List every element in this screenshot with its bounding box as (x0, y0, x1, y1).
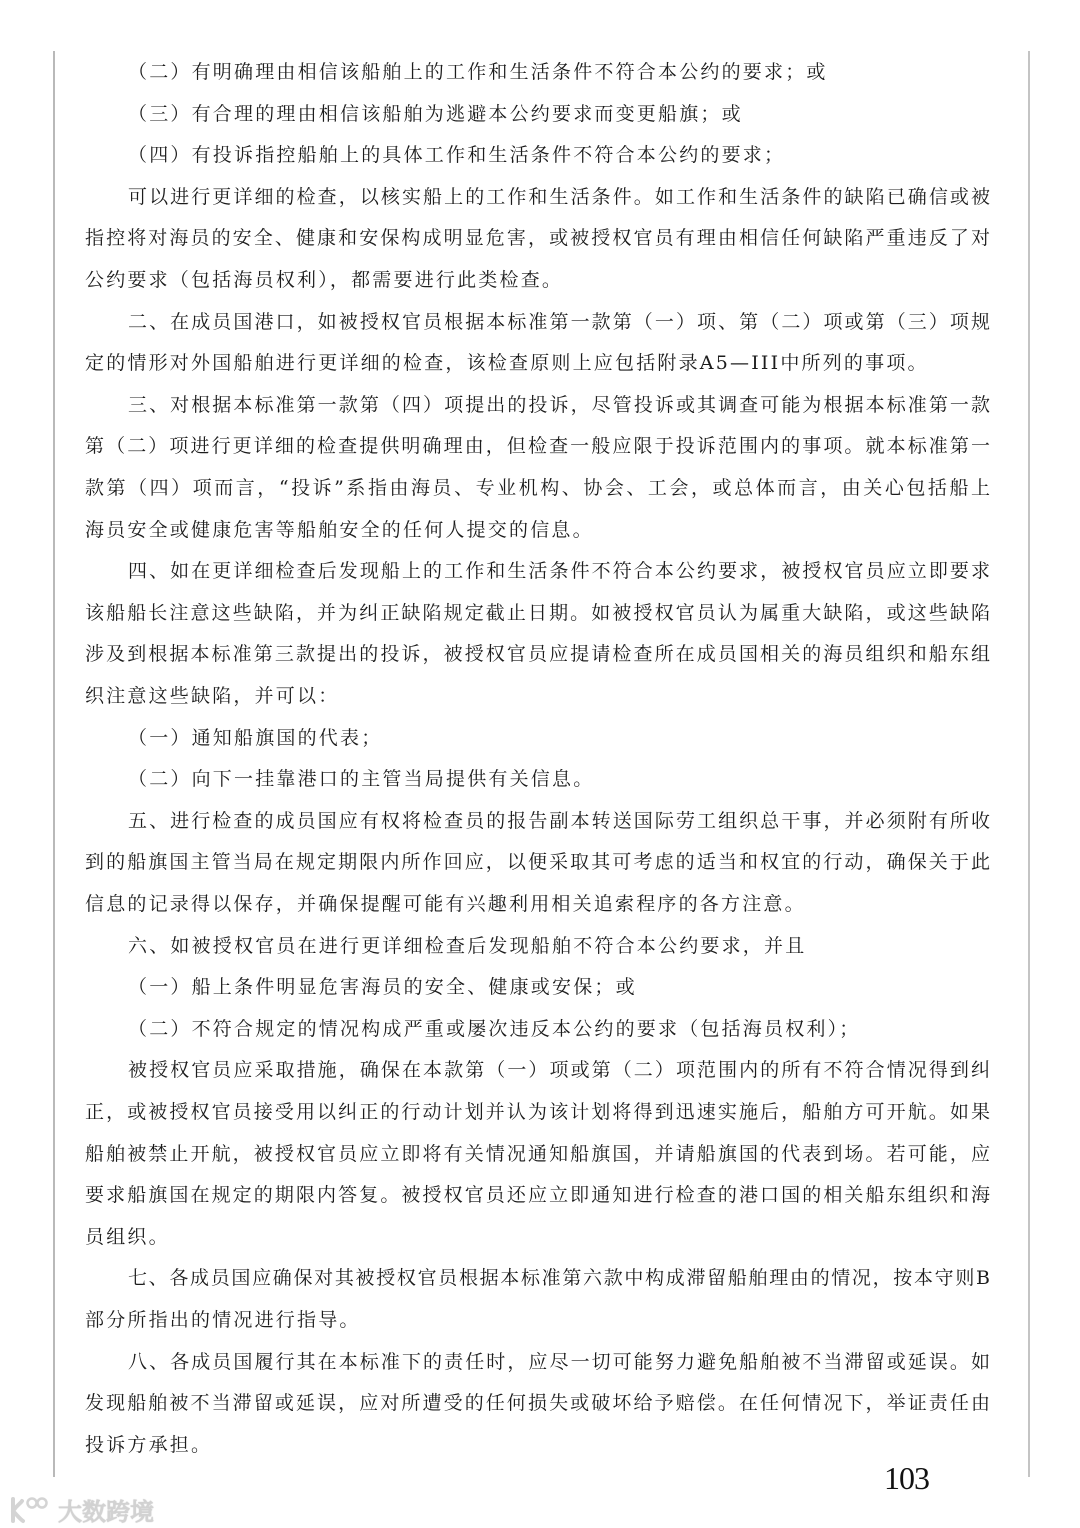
text-line: 定的情形对外国船舶进行更详细的检查，该检查原则上应包括附录A5—III中所列的事… (85, 343, 929, 385)
text-line: （三）有合理的理由相信该船舶为逃避本公约要求而变更船旗；或 (128, 94, 743, 136)
text-line: 六、如被授权官员在进行更详细检查后发现船舶不符合本公约要求，并且 (128, 926, 806, 968)
text-line: （二）有明确理由相信该船舶上的工作和生活条件不符合本公约的要求；或 (128, 52, 828, 94)
text-line: （二）向下一挂靠港口的主管当局提供有关信息。 (128, 759, 594, 801)
text-line: 发现船舶被不当滞留或延误，应对所遭受的任何损失或破坏给予赔偿。在任何情况下，举证… (85, 1383, 990, 1425)
text-line: 船舶被禁止开航，被授权官员应立即将有关情况通知船旗国，并请船旗国的代表到场。若可… (85, 1134, 990, 1176)
text-line: 该船船长注意这些缺陷，并为纠正缺陷规定截止日期。如被授权官员认为属重大缺陷，或这… (85, 593, 990, 635)
watermark-text: 大数跨境 (58, 1492, 154, 1527)
text-line: 第（二）项进行更详细的检查提供明确理由，但检查一般应限于投诉范围内的事项。就本标… (85, 426, 990, 468)
text-line: 员组织。 (85, 1217, 170, 1259)
page-border-right (1028, 51, 1030, 1477)
text-line: 正，或被授权官员接受用以纠正的行动计划并认为该计划将得到迅速实施后，船舶方可开航… (85, 1092, 990, 1134)
text-line: 七、各成员国应确保对其被授权官员根据本标准第六款中构成滞留船舶理由的情况，按本守… (128, 1258, 990, 1300)
text-line: 公约要求（包括海员权利），都需要进行此类检查。 (85, 260, 563, 302)
text-line: （二）不符合规定的情况构成严重或屡次违反本公约的要求（包括海员权利）； (128, 1009, 861, 1051)
text-line: 八、各成员国履行其在本标准下的责任时，应尽一切可能努力避免船舶被不当滞留或延误。… (128, 1342, 990, 1384)
text-line: 款第（四）项而言，“投诉”系指由海员、专业机构、协会、工会，或总体而言，由关心包… (85, 468, 990, 510)
page-number: 103 (884, 1460, 929, 1497)
watermark: 大数跨境 (8, 1492, 154, 1527)
k-infinity-logo-icon (8, 1495, 52, 1525)
text-line: （四）有投诉指控船舶上的具体工作和生活条件不符合本公约的要求； (128, 135, 785, 177)
text-line: 涉及到根据本标准第三款提出的投诉，被授权官员应提请检查所在成员国相关的海员组织和… (85, 634, 990, 676)
text-line: 四、如在更详细检查后发现船上的工作和生活条件不符合本公约要求，被授权官员应立即要… (128, 551, 990, 593)
text-line: （一）船上条件明显危害海员的安全、健康或安保；或 (128, 967, 637, 1009)
text-line: 指控将对海员的安全、健康和安保构成明显危害，或被授权官员有理由相信任何缺陷严重违… (85, 218, 990, 260)
text-line: 部分所指出的情况进行指导。 (85, 1300, 361, 1342)
text-line: 信息的记录得以保存，并确保提醒可能有兴趣利用相关追索程序的各方注意。 (85, 884, 806, 926)
text-line: 要求船旗国在规定的期限内答复。被授权官员还应立即通知进行检查的港口国的相关船东组… (85, 1175, 990, 1217)
text-line: 五、进行检查的成员国应有权将检查员的报告副本转送国际劳工组织总干事，并必须附有所… (128, 801, 990, 843)
text-line: 海员安全或健康危害等船舶安全的任何人提交的信息。 (85, 510, 594, 552)
text-line: 到的船旗国主管当局在规定期限内所作回应，以便采取其可考虑的适当和权宜的行动，确保… (85, 842, 990, 884)
page-border-left (53, 51, 55, 1477)
text-line: 织注意这些缺陷，并可以： (85, 676, 339, 718)
text-line: 投诉方承担。 (85, 1425, 212, 1467)
text-line: 可以进行更详细的检查，以核实船上的工作和生活条件。如工作和生活条件的缺陷已确信或… (128, 177, 990, 219)
text-line: 三、对根据本标准第一款第（四）项提出的投诉，尽管投诉或其调查可能为根据本标准第一… (128, 385, 990, 427)
text-line: 二、在成员国港口，如被授权官员根据本标准第一款第（一）项、第（二）项或第（三）项… (128, 302, 990, 344)
text-line: 被授权官员应采取措施，确保在本款第（一）项或第（二）项范围内的所有不符合情况得到… (128, 1050, 990, 1092)
text-line: （一）通知船旗国的代表； (128, 718, 382, 760)
